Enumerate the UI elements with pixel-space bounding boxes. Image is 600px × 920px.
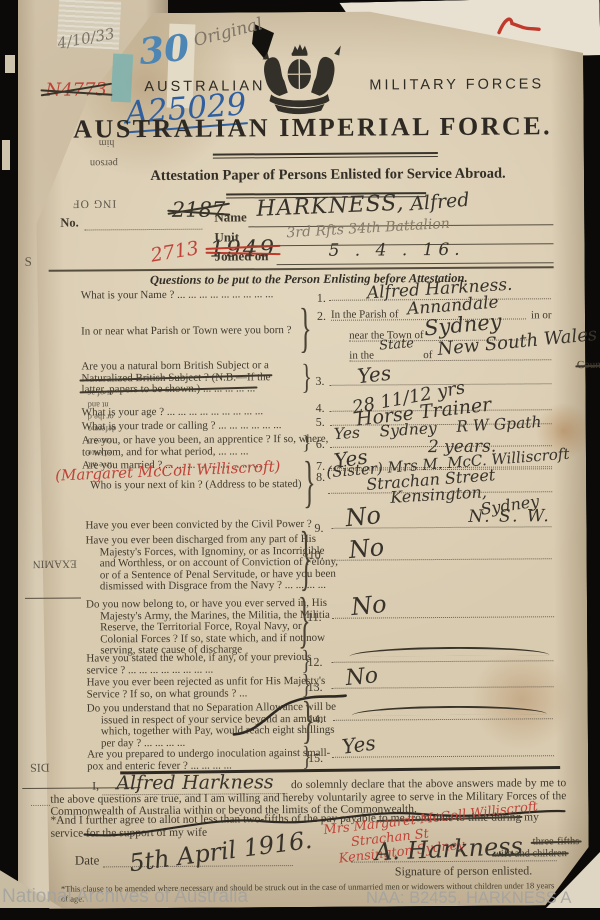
red-crossed-number: N4773 (45, 79, 107, 100)
answer-12-dash (349, 646, 549, 656)
answer-8-state: N. S. W. (468, 506, 550, 527)
document-title: AUSTRALIAN IMPERIAL FORCE. (73, 111, 553, 144)
name-surname-value: HARKNESS, (256, 191, 405, 222)
answer-number-1: 1. (317, 291, 326, 306)
document-subtitle: Attestation Paper of Persons Enlisted fo… (108, 165, 548, 185)
name-given-value: Alfred (409, 189, 470, 215)
answer-line-14 (333, 718, 553, 721)
question-2: In or near what Parish or Town were you … (81, 325, 336, 338)
answer-number-5: 5. (316, 415, 325, 430)
scanned-attestation-document: him person ING OF S EXAMIN DIS tive int … (0, 0, 600, 920)
declaration-pre: I, (92, 780, 99, 792)
fragment-text: person (90, 157, 118, 168)
answer-3: Yes (356, 361, 392, 389)
answer-number-4: 4. (316, 401, 325, 416)
joined-label: Joined on (215, 248, 269, 264)
archive-watermark-left: National Archives of Australia (2, 886, 248, 908)
fragment-rule (25, 598, 81, 600)
answer-15: Yes (341, 731, 377, 759)
name-label: Name (214, 209, 247, 225)
answer-number-6: 6. (316, 437, 325, 452)
answer-number-3: 3. (315, 374, 324, 389)
signature-caption: Signature of person enlisted. (395, 863, 532, 879)
fragment-text: ING OF (72, 197, 116, 209)
answer-10: No (347, 533, 385, 564)
answer-9: No (344, 501, 382, 532)
document-content: him person ING OF S EXAMIN DIS tive int … (0, 0, 600, 920)
question-5: What is your trade or calling ? ... ... … (82, 420, 337, 433)
question-12: Have you stated the whole, if any, of yo… (86, 652, 336, 677)
question-4: What is your age ? ... ... ... ... ... .… (82, 406, 337, 419)
service-number-new: 2713 (149, 237, 200, 267)
question-6: Are you, or have you been, an apprentice… (82, 434, 332, 459)
unit-label: Unit (214, 229, 239, 245)
double-rule (213, 152, 438, 159)
answer-11: No (350, 590, 388, 621)
brace: } (303, 450, 316, 516)
archive-watermark-right: NAA: B2455, HARKNESS A (366, 889, 571, 908)
answer-line-12 (331, 660, 553, 663)
fragment-dots: ......... (30, 798, 50, 808)
joined-line (277, 262, 554, 265)
answer-2-inor: in or (531, 309, 552, 321)
answer-2-written-word: State (379, 336, 415, 354)
struck-text: latter, papers to be shown.) ... ... ...… (81, 382, 255, 395)
joined-value: 5 . 4 . 16. (328, 240, 464, 261)
pencil-date-annotation: 4/10/33 (56, 24, 116, 52)
brace: } (299, 297, 312, 360)
brace: } (301, 356, 312, 398)
ink-strike-squiggle (230, 692, 350, 743)
blue-crayon-number: 30 (137, 27, 191, 74)
fragment-text: DIS (30, 760, 49, 775)
date-label: Date (75, 852, 100, 868)
question-3: Are you a natural born British Subject o… (81, 360, 336, 397)
answer-number-8: 8. (316, 470, 325, 485)
question-1: What is your Name ? ... ... ... ... ... … (81, 289, 336, 302)
fragment-text: S (25, 254, 32, 270)
masthead-left: AUSTRALIAN (144, 78, 265, 95)
answer-14-dash (352, 705, 547, 715)
fragment-text: EXAMIN (33, 558, 77, 570)
answer-13: No (344, 663, 379, 691)
answer-2-crossed-word: County (577, 359, 600, 371)
no-line (84, 229, 202, 231)
royal-coat-of-arms (249, 42, 350, 119)
answer-number-2: 2. (317, 309, 326, 324)
question-3-line: latter, papers to be shown.) ... ... ...… (81, 383, 336, 396)
no-label: No. (60, 216, 79, 231)
masthead-right: MILITARY FORCES (369, 76, 544, 93)
red-tick-mark (495, 12, 543, 38)
